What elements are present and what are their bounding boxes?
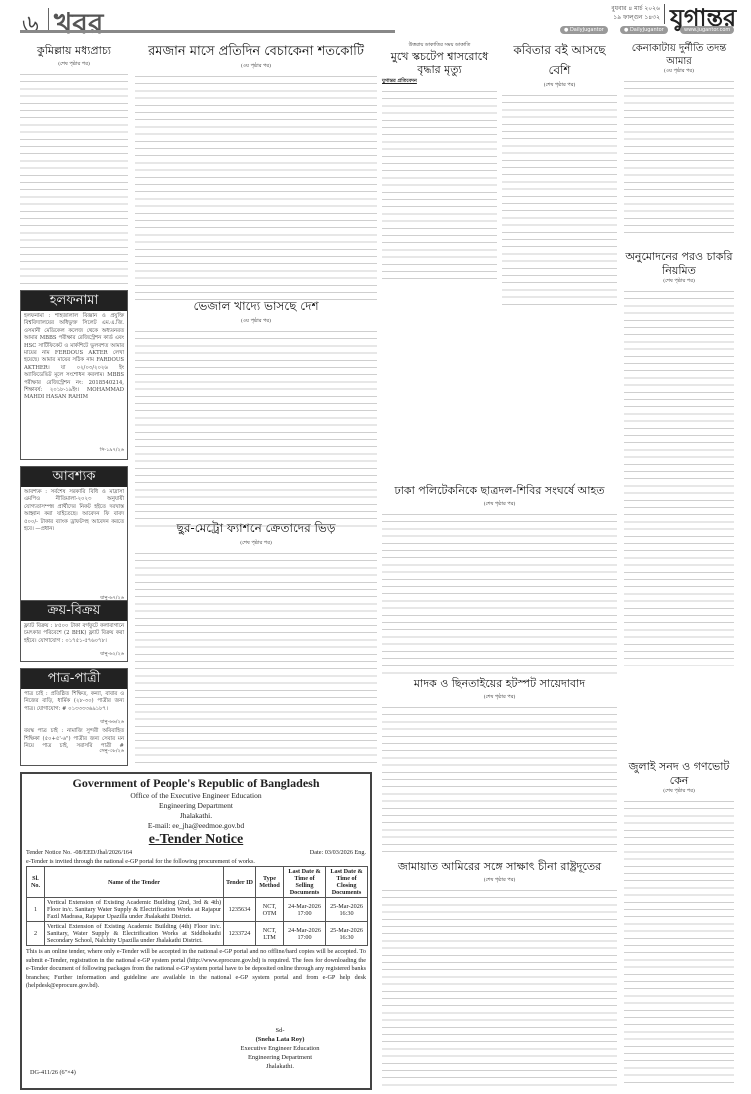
masthead: ৬ খবর বুধবার ৪ মার্চ ২০২৬ ১৯ ফাল্গুন ১৪৩… <box>0 0 751 40</box>
date-bengali: ১৯ ফাল্গুন ১৪৩২ <box>570 13 660 22</box>
col-method: Type Method <box>256 867 284 898</box>
headline: রমজান মাসে প্রতিদিন বেচাকেনা শতকোটি <box>135 42 377 63</box>
article-bhejal: ভেজাল খাদ্যে ভাসছে দেশ (৩য় পৃষ্ঠার পর) <box>135 298 377 531</box>
office-name: Office of the Executive Engineer Educati… <box>22 791 370 801</box>
classified-heading: আবশ্যক <box>21 467 127 487</box>
col-selling: Last Date & Time of Selling Documents <box>284 867 326 898</box>
notice-date: Date: 03/03/2026 Eng. <box>310 848 366 857</box>
headline: অনুমোদনের পরও চাকরি নিয়মিত <box>624 250 734 278</box>
article-july: জুলাই সনদ ও গণভোট কেন (শেষ পৃষ্ঠার পর) <box>624 760 734 1086</box>
classified-body: পাত্র চাই : প্রতিষ্ঠিত শিক্ষিত, কন্যা, ব… <box>21 689 127 719</box>
classified-affidavit: হলফনামা হলফনামা : শাহজালাল বিজ্ঞান ও প্র… <box>20 290 128 460</box>
date-gregorian: বুধবার ৪ মার্চ ২০২৬ <box>570 4 660 13</box>
article-ramjan: রমজান মাসে প্রতিদিন বেচাকেনা শতকোটি (৩য়… <box>135 42 377 301</box>
article-jamaat: জামায়াত আমিরের সঙ্গে সাক্ষাৎ চীনা রাষ্ট… <box>382 858 617 1090</box>
col-closing: Last Date & Time of Closing Documents <box>326 867 368 898</box>
headline: কুমিল্লায় মধ্যপ্রাচ্য <box>20 42 128 61</box>
article-kumillay: কুমিল্লায় মধ্যপ্রাচ্য (শেষ পৃষ্ঠার পর) <box>20 42 128 284</box>
article-mukhe: উত্তরায় ডাকাতির সময় ডাকাতি মুখে স্কচটে… <box>382 42 497 281</box>
article-kenakata: কেনাকাটায় দুর্নীতি তদন্ত আমার (৩য় পৃষ্… <box>624 42 734 236</box>
classified-ref: সি-১৯৭/২৬ <box>21 447 127 454</box>
continued-label: (শেষ পৃষ্ঠার পর) <box>382 877 617 885</box>
table-row: 2 Vertical Extension of Existing Academi… <box>27 922 368 946</box>
article-body <box>135 548 377 768</box>
article-body <box>382 702 617 852</box>
continued-label: (শেষ পৃষ্ঠার পর) <box>382 501 617 509</box>
signature-block: Sd- (Sneha Lata Roy) Executive Engineer … <box>220 1026 340 1071</box>
article-body <box>624 796 734 1086</box>
department: Engineering Department <box>22 801 370 811</box>
e-tender-notice: Government of People's Republic of Bangl… <box>20 772 372 1090</box>
headline: জামায়াত আমিরের সঙ্গে সাক্ষাৎ চীনা রাষ্ট… <box>382 858 617 877</box>
notice-title: e-Tender Notice <box>22 831 370 848</box>
article-kobitar: কবিতার বই আসছে বেশি (শেষ পৃষ্ঠার পর) <box>502 42 617 305</box>
kicker: উত্তরায় ডাকাতির সময় ডাকাতি <box>382 42 497 50</box>
continued-label: (শেষ পৃষ্ঠার পর) <box>502 82 617 90</box>
signer-title: Executive Engineer Education <box>220 1044 340 1053</box>
article-body <box>135 71 377 301</box>
classified-ref: যানু-৬২/২৬ <box>21 651 127 658</box>
article-body <box>382 509 617 674</box>
article-body <box>135 326 377 531</box>
headline: জুলাই সনদ ও গণভোট কেন <box>624 760 734 788</box>
notice-footer: This is an online tender, where only e-T… <box>22 946 370 993</box>
signer-place: Jhalakathi. <box>220 1062 340 1071</box>
col-name: Name of the Tender <box>45 867 224 898</box>
classified-heading: পাত্র-পাত্রী <box>21 669 127 689</box>
signer-dept: Engineering Department <box>220 1053 340 1062</box>
headline: ঢাকা পলিটেকনিকে ছাত্রদল-শিবির সংঘর্ষে আহ… <box>382 482 617 501</box>
notice-number: Tender Notice No. -08/EED/Jhal/2026/164 <box>26 848 132 857</box>
article-body <box>382 885 617 1090</box>
classified-buy-sell: ক্রয়-বিক্রয় ফ্ল্যাট বিক্রয় : ৮৫০০ টাক… <box>20 600 128 662</box>
continued-label: (শেষ পৃষ্ঠার পর) <box>20 61 128 69</box>
divider <box>48 8 49 32</box>
article-eid-fashion: ছুর-মেট্রো ফ্যাশনে ক্রেতাদের ভিড় (শেষ প… <box>135 520 377 768</box>
classified-ref: যানু-৬৬/২৬ <box>21 719 127 726</box>
article-dhaka-polytechnic: ঢাকা পলিটেকনিকে ছাত্রদল-শিবির সংঘর্ষে আহ… <box>382 482 617 674</box>
twitter-link[interactable]: ● DailyJugantor <box>560 26 608 34</box>
continued-label: (৩য় পৃষ্ঠার পর) <box>135 63 377 71</box>
classified-heading: ক্রয়-বিক্রয় <box>21 601 127 621</box>
headline: মাদক ও ছিনতাইয়ের হটস্পট সায়েদাবাদ <box>382 675 617 694</box>
article-anumodoner: অনুমোদনের পরও চাকরি নিয়মিত (শেষ পৃষ্ঠার… <box>624 250 734 666</box>
headline: কেনাকাটায় দুর্নীতি তদন্ত আমার <box>624 42 734 68</box>
divider <box>664 4 665 24</box>
article-body <box>502 90 617 305</box>
dg-code: DG-411/26 (6"×4) <box>30 1069 76 1076</box>
classified-matrimonial: পাত্র-পাত্রী পাত্র চাই : প্রতিষ্ঠিত শিক্… <box>20 668 128 766</box>
gov-heading: Government of People's Republic of Bangl… <box>22 776 370 791</box>
continued-label: (শেষ পৃষ্ঠার পর) <box>624 278 734 286</box>
article-madok: মাদক ও ছিনতাইয়ের হটস্পট সায়েদাবাদ (শেষ… <box>382 675 617 852</box>
article-body <box>20 69 128 284</box>
website-link[interactable]: www.jugantor.com <box>680 26 734 34</box>
headline: ভেজাল খাদ্যে ভাসছে দেশ <box>135 298 377 318</box>
headline: ছুর-মেট্রো ফ্যাশনে ক্রেতাদের ভিড় <box>135 520 377 540</box>
byline: যুগান্তর প্রতিবেদন <box>382 78 497 86</box>
place: Jhalakathi. <box>22 811 370 821</box>
article-body <box>624 286 734 666</box>
continued-label: (শেষ পৃষ্ঠার পর) <box>382 694 617 702</box>
classified-body: বয়স্ক পাত্র চাই : নামাজি সুন্দরী অবিবাহ… <box>21 726 127 748</box>
tender-table: Sl. No. Name of the Tender Tender ID Typ… <box>26 866 368 946</box>
continued-label: (৩য় পৃষ্ঠার পর) <box>135 318 377 326</box>
classified-wanted: আবশ্যক আবশ্যক : সর্বশেষ সরকারি বিধি ও মা… <box>20 466 128 606</box>
headline: কবিতার বই আসছে বেশি <box>502 42 617 82</box>
header-rule <box>20 30 395 33</box>
continued-label: (৩য় পৃষ্ঠার পর) <box>624 68 734 76</box>
col-id: Tender ID <box>224 867 256 898</box>
article-body <box>382 86 497 281</box>
classified-body: হলফনামা : শাহজালাল বিজ্ঞান ও প্রযুক্তি ব… <box>21 311 127 447</box>
classified-body: ফ্ল্যাট বিক্রয় : ৮৫০০ টাকা বর্গফুটে কলা… <box>21 621 127 651</box>
notice-intro: e-Tender is invited through the national… <box>22 857 370 866</box>
col-sl: Sl. No. <box>27 867 45 898</box>
classified-body: আবশ্যক : সর্বশেষ সরকারি বিধি ও মাদ্রাসা … <box>21 487 127 595</box>
date-block: বুধবার ৪ মার্চ ২০২৬ ১৯ ফাল্গুন ১৪৩২ <box>570 4 660 22</box>
continued-label: (শেষ পৃষ্ঠার পর) <box>135 540 377 548</box>
signer-name: (Sneha Lata Roy) <box>220 1035 340 1044</box>
continued-label: (শেষ পৃষ্ঠার পর) <box>624 788 734 796</box>
email: E-mail: ee_jha@eedmoe.gov.bd <box>22 821 370 831</box>
newspaper-logo: যুগান্তর <box>670 0 736 40</box>
classified-ref: সেনু-৩৮/২৬ <box>21 748 127 755</box>
classified-heading: হলফনামা <box>21 291 127 311</box>
article-body <box>624 76 734 236</box>
headline: মুখে স্কচটেপ শ্বাসরোধে বৃদ্ধার মৃত্যু <box>382 50 497 76</box>
facebook-link[interactable]: ● DailyJugantor <box>620 26 668 34</box>
table-row: 1 Vertical Extension of Existing Academi… <box>27 898 368 922</box>
